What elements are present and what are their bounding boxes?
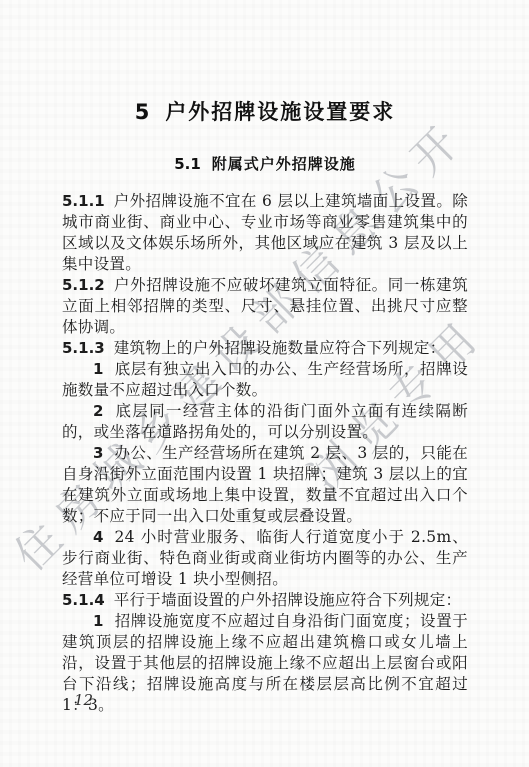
item-number: 1 <box>93 612 103 630</box>
item-text: 办公、生产经营场所在建筑 2 层、3 层的，只能在自身沿街外立面范围内设置 1 … <box>62 444 468 525</box>
clause-number: 5.1.4 <box>62 591 105 609</box>
item-number: 2 <box>93 402 103 420</box>
page-number: 12 <box>74 691 93 709</box>
clause-text: 建筑物上的户外招牌设施数量应符合下列规定： <box>114 339 446 357</box>
clause-5-1-3-item-3: 3办公、生产经营场所在建筑 2 层、3 层的，只能在自身沿街外立面范围内设置 1… <box>62 443 468 527</box>
clause-text: 平行于墙面设置的户外招牌设施应符合下列规定： <box>114 591 462 609</box>
page-content: 5户外招牌设施设置要求 5.1附属式户外招牌设施 5.1.1户外招牌设施不宜在 … <box>62 96 468 716</box>
section-heading: 5.1附属式户外招牌设施 <box>62 153 468 174</box>
chapter-number: 5 <box>135 100 150 124</box>
clause-5-1-4-item-1: 1招牌设施宽度不应超过自身沿街门面宽度；设置于建筑顶层的招牌设施上缘不应超出建筑… <box>62 611 468 716</box>
body-text: 5.1.1户外招牌设施不宜在 6 层以上建筑墙面上设置。除城市商业街、商业中心、… <box>62 191 468 716</box>
clause-5-1-3-item-4: 424 小时营业服务、临街人行道宽度小于 2.5m、步行商业街、特色商业街或商业… <box>62 527 468 590</box>
item-number: 1 <box>93 360 103 378</box>
clause-text: 户外招牌设施不应破坏建筑立面特征。同一栋建筑立面上相邻招牌的类型、尺寸、悬挂位置… <box>62 276 468 336</box>
clause-number: 5.1.3 <box>62 339 105 357</box>
clause-5-1-1: 5.1.1户外招牌设施不宜在 6 层以上建筑墙面上设置。除城市商业街、商业中心、… <box>62 191 468 275</box>
item-text: 底层有独立出入口的办公、生产经营场所，招牌设施数量不应超过出入口个数。 <box>62 360 468 399</box>
item-number: 4 <box>93 528 103 546</box>
section-number: 5.1 <box>174 155 201 173</box>
clause-5-1-4: 5.1.4平行于墙面设置的户外招牌设施应符合下列规定： <box>62 590 468 611</box>
chapter-heading: 5户外招牌设施设置要求 <box>62 96 468 126</box>
clause-number: 5.1.1 <box>62 192 105 210</box>
chapter-title: 户外招牌设施设置要求 <box>165 100 395 124</box>
item-text: 底层同一经营主体的沿街门面外立面有连续隔断的，或坐落在道路拐角处的，可以分别设置… <box>62 402 468 441</box>
clause-5-1-3-item-1: 1底层有独立出入口的办公、生产经营场所，招牌设施数量不应超过出入口个数。 <box>62 359 468 401</box>
clause-number: 5.1.2 <box>62 276 105 294</box>
clause-5-1-3: 5.1.3建筑物上的户外招牌设施数量应符合下列规定： <box>62 338 468 359</box>
document-page: 住房城乡建设部信息公开 浏览专用 5户外招牌设施设置要求 5.1附属式户外招牌设… <box>0 0 529 767</box>
clause-5-1-2: 5.1.2户外招牌设施不应破坏建筑立面特征。同一栋建筑立面上相邻招牌的类型、尺寸… <box>62 275 468 338</box>
item-number: 3 <box>93 444 103 462</box>
item-text: 招牌设施宽度不应超过自身沿街门面宽度；设置于建筑顶层的招牌设施上缘不应超出建筑檐… <box>62 612 468 714</box>
section-title: 附属式户外招牌设施 <box>212 155 356 173</box>
clause-text: 户外招牌设施不宜在 6 层以上建筑墙面上设置。除城市商业街、商业中心、专业市场等… <box>62 192 468 273</box>
clause-5-1-3-item-2: 2底层同一经营主体的沿街门面外立面有连续隔断的，或坐落在道路拐角处的，可以分别设… <box>62 401 468 443</box>
item-text: 24 小时营业服务、临街人行道宽度小于 2.5m、步行商业街、特色商业街或商业街… <box>62 528 468 588</box>
